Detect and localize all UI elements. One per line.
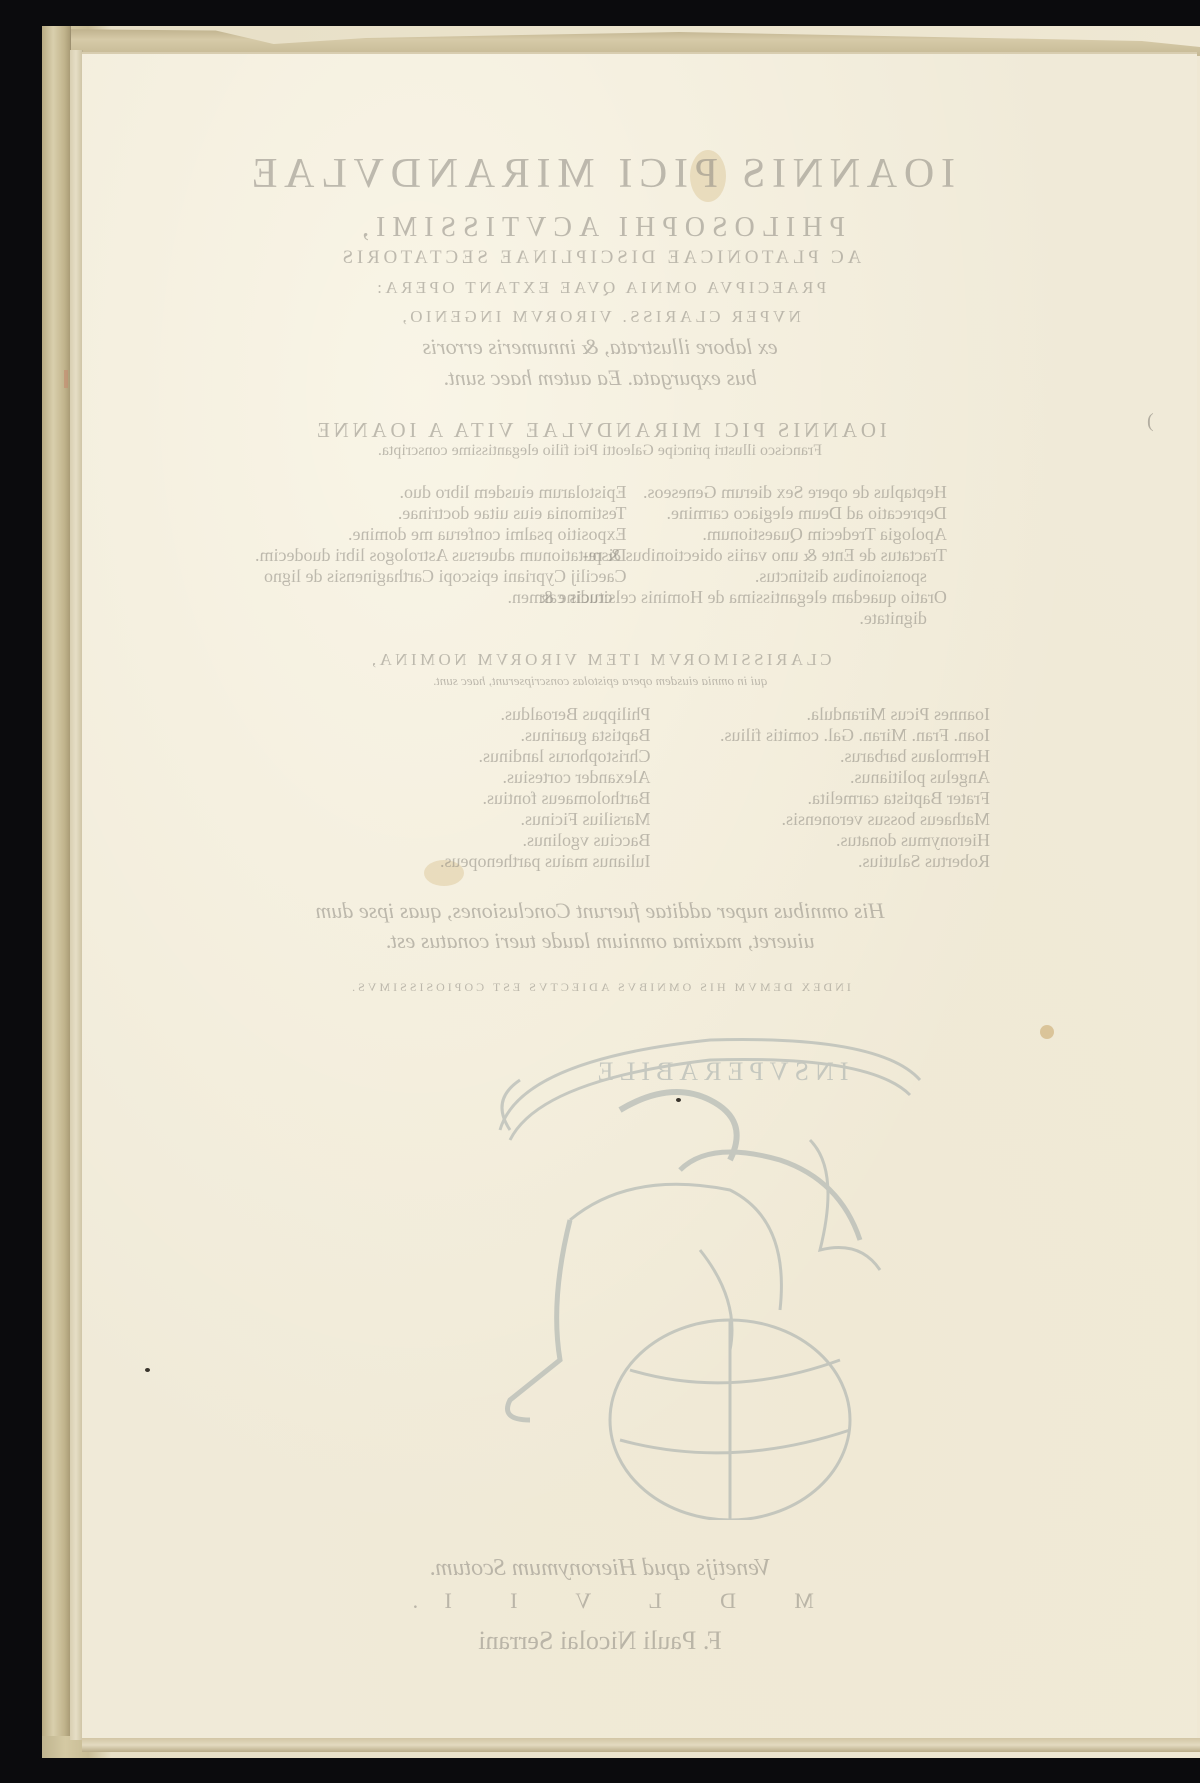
names-list-right: Philippus Beroaldus. Baptista guarinus. … [440,704,650,872]
ink-speck [145,1368,150,1372]
list-item: Bartholomaeus fontius. [440,788,650,809]
addition-note-line-1: His omnibus nuper additae fuerunt Conclu… [0,898,1200,924]
works-list-right: Epistolarum eiusdem libro duo. Testimoni… [255,482,626,608]
device-banner-text: INSVPERABILE [592,1057,849,1086]
title-line-5: NVPER CLARISS. VIRORVM INGENIO, [0,307,1200,327]
addition-note-line-2: uiueret, maxima omnium laude tueri conat… [0,928,1200,954]
list-item: Disputationum aduersus Astrologos libri … [255,545,626,566]
list-item: Hermolaus barbarus. [720,746,990,767]
list-item: Christophorus landinus. [440,746,650,767]
list-item: Ioannes Picus Mirandula. [720,704,990,725]
page-bottom-edge [82,1738,1200,1752]
list-item: Expositio psalmi conferua me domine. [255,524,626,545]
list-item: Robertus Salutius. [720,851,990,872]
vita-heading: IOANNIS PICI MIRANDVLAE VITA A IOANNE [0,418,1200,443]
printers-device-woodcut: INSVPERABILE [480,1020,940,1520]
list-item: Iulianus maius parthenopeus. [440,851,650,872]
list-item: Testimonia eius uitae doctrinae. [255,503,626,524]
title-line-6: ex labore illustrata, & innumeris errori… [0,334,1200,360]
imprint-year: M D L V I I. [0,1588,1200,1614]
list-item: Ioan. Fran. Miran. Gal. comitis filius. [720,725,990,746]
names-heading: CLARISSIMORVM ITEM VIRORVM NOMINA, [0,650,1200,670]
list-item: Alexander cortesius. [440,767,650,788]
list-item: Baccius vgolinus. [440,830,650,851]
list-item: Mathaeus bossus veronensis. [720,809,990,830]
title-line-2: PHILOSOPHI ACVTISSIMI, [0,212,1200,244]
list-item: crucis carmen. [255,587,626,608]
index-note: INDEX DEMVM HIS OMNIBVS ADIECTVS EST COP… [0,980,1200,995]
vita-subheading: Francisco illustri principe Galeotti Pic… [0,442,1200,460]
names-subheading: qui in omnia eiusdem opera epistolas con… [0,673,1200,689]
list-item: Epistolarum eiusdem libro duo. [255,482,626,503]
title-line-1: IOANNIS PICI MIRANDVLAE [0,150,1200,198]
list-item: Philippus Beroaldus. [440,704,650,725]
title-line-3: AC PLATONICAE DISCIPLINAE SECTATORIS [0,247,1200,269]
list-item: Angelus politianus. [720,767,990,788]
list-item: Frater Baptista carmelita. [720,788,990,809]
list-item: Caecilij Cypriani episcopi Carthaginensi… [255,566,626,587]
list-item: Marsilius Ficinus. [440,809,650,830]
title-line-4: PRAECIPVA OMNIA QVAE EXTANT OPERA: [0,278,1200,298]
list-item: Baptista guarinus. [440,725,650,746]
provenance-inscription: F. Pauli Nicolai Serrani [0,1626,1200,1656]
names-list-left: Ioannes Picus Mirandula. Ioan. Fran. Mir… [720,704,990,872]
foxing-stain [1040,1025,1054,1039]
list-item: Hieronymus donatus. [720,830,990,851]
title-line-7: bus expurgata. Ea autem haec sunt. [0,365,1200,391]
list-item: dignitate. [540,608,947,629]
imprint-place-printer: Venetijs apud Hieronymum Scotum. [0,1555,1200,1582]
